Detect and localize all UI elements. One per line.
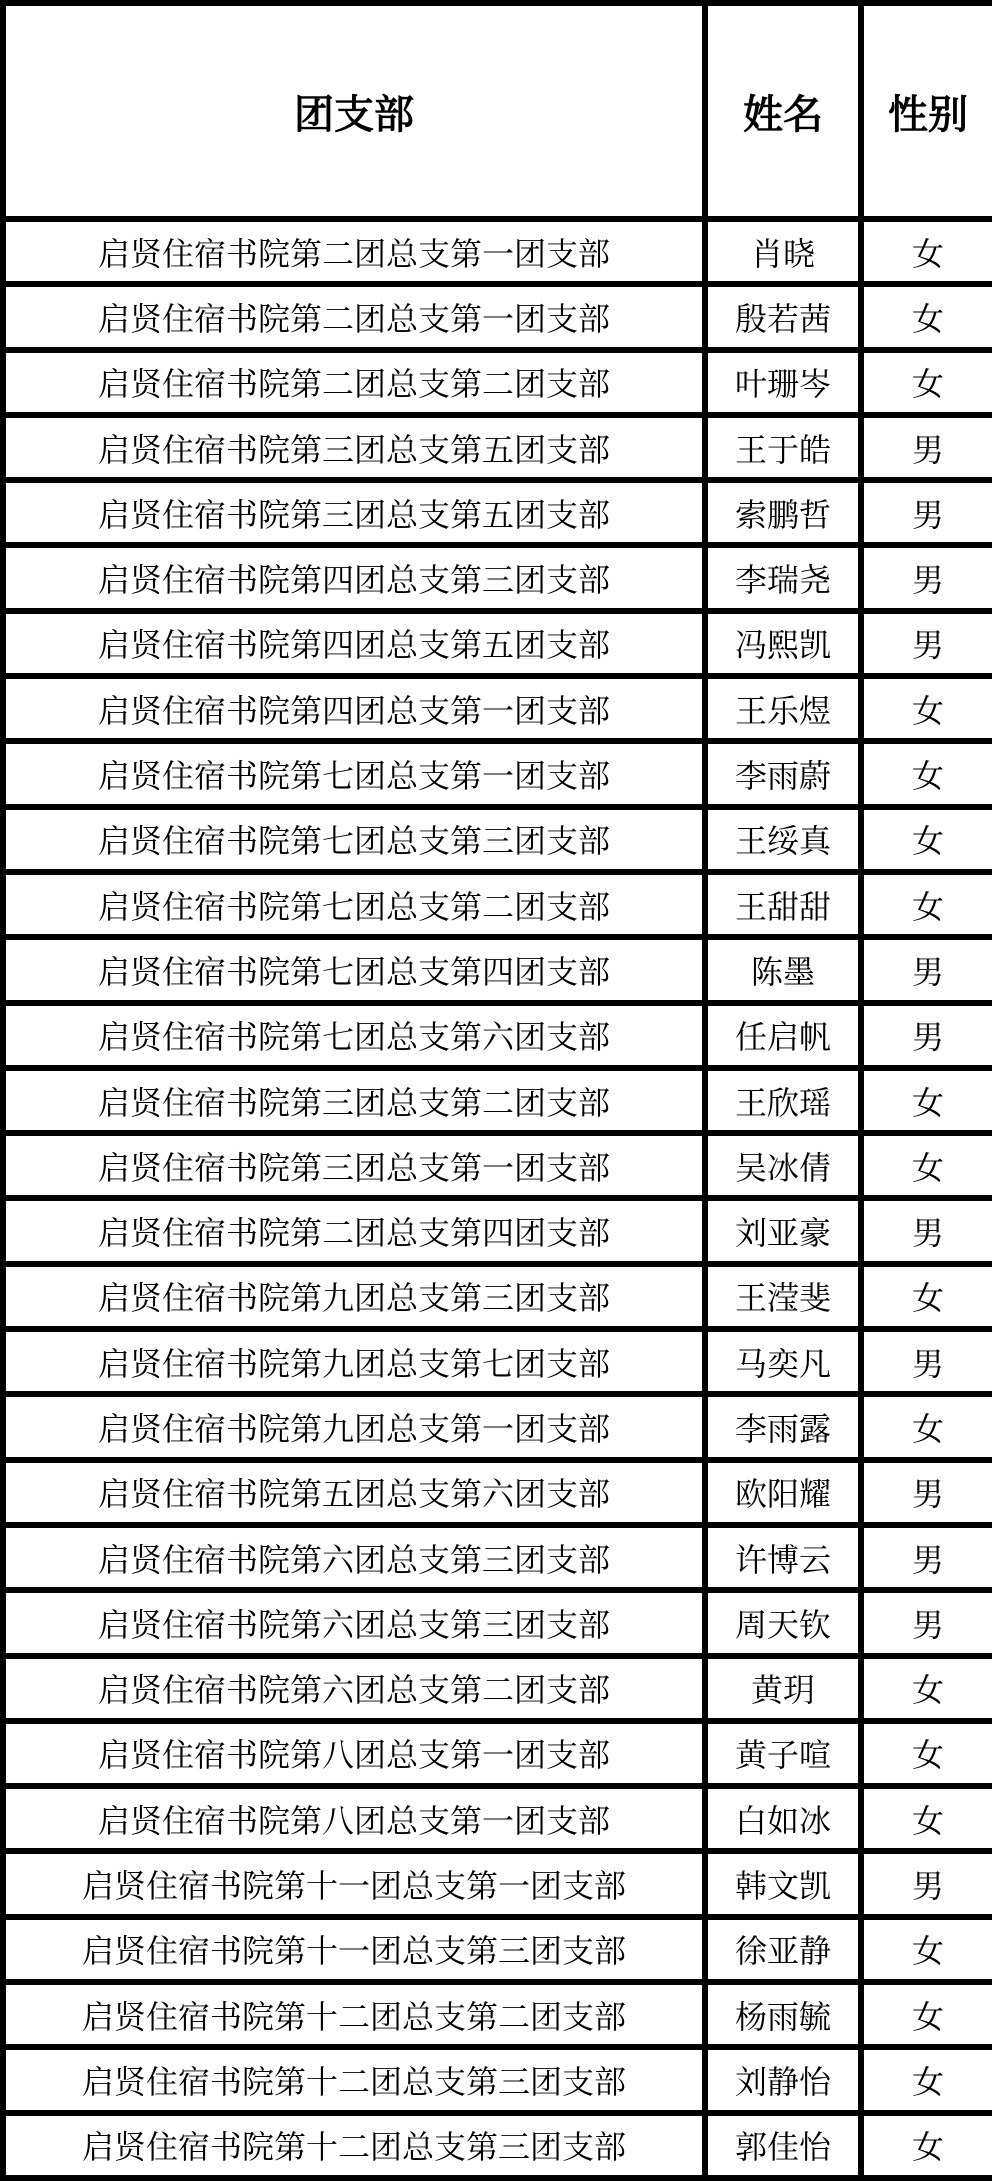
table-row: 启贤住宿书院第十二团总支第二团支部杨雨毓女 bbox=[3, 1982, 992, 2047]
cell-branch: 启贤住宿书院第十二团总支第二团支部 bbox=[3, 1982, 705, 2047]
cell-branch: 启贤住宿书院第三团总支第二团支部 bbox=[3, 1068, 705, 1133]
table-row: 启贤住宿书院第八团总支第一团支部白如冰女 bbox=[3, 1786, 992, 1851]
cell-branch: 启贤住宿书院第三团总支第五团支部 bbox=[3, 480, 705, 545]
table-row: 启贤住宿书院第七团总支第六团支部任启帆男 bbox=[3, 1003, 992, 1068]
cell-branch: 启贤住宿书院第八团总支第一团支部 bbox=[3, 1721, 705, 1786]
cell-branch: 启贤住宿书院第二团总支第二团支部 bbox=[3, 350, 705, 415]
cell-gender: 女 bbox=[861, 1982, 992, 2047]
table-row: 启贤住宿书院第三团总支第五团支部王于皓男 bbox=[3, 415, 992, 480]
cell-name: 李雨露 bbox=[705, 1394, 861, 1459]
cell-name: 黄子喧 bbox=[705, 1721, 861, 1786]
cell-gender: 女 bbox=[861, 807, 992, 872]
cell-name: 王甜甜 bbox=[705, 872, 861, 937]
cell-name: 任启帆 bbox=[705, 1003, 861, 1068]
table-row: 启贤住宿书院第四团总支第一团支部王乐煜女 bbox=[3, 676, 992, 741]
column-header-name: 姓名 bbox=[705, 3, 861, 219]
cell-branch: 启贤住宿书院第二团总支第一团支部 bbox=[3, 219, 705, 284]
cell-name: 周天钦 bbox=[705, 1590, 861, 1655]
cell-branch: 启贤住宿书院第七团总支第四团支部 bbox=[3, 937, 705, 1002]
cell-name: 殷若茜 bbox=[705, 284, 861, 349]
table-row: 启贤住宿书院第四团总支第五团支部冯熙凯男 bbox=[3, 611, 992, 676]
cell-gender: 女 bbox=[861, 2047, 992, 2112]
table-row: 启贤住宿书院第十一团总支第三团支部徐亚静女 bbox=[3, 1917, 992, 1982]
cell-name: 王欣瑶 bbox=[705, 1068, 861, 1133]
cell-gender: 男 bbox=[861, 1198, 992, 1263]
cell-branch: 启贤住宿书院第九团总支第七团支部 bbox=[3, 1329, 705, 1394]
cell-branch: 启贤住宿书院第三团总支第一团支部 bbox=[3, 1133, 705, 1198]
cell-gender: 女 bbox=[861, 284, 992, 349]
cell-branch: 启贤住宿书院第四团总支第一团支部 bbox=[3, 676, 705, 741]
cell-gender: 女 bbox=[861, 1133, 992, 1198]
cell-gender: 男 bbox=[861, 1003, 992, 1068]
table-row: 启贤住宿书院第十二团总支第三团支部刘静怡女 bbox=[3, 2047, 992, 2112]
cell-name: 王滢斐 bbox=[705, 1264, 861, 1329]
cell-branch: 启贤住宿书院第五团总支第六团支部 bbox=[3, 1460, 705, 1525]
cell-branch: 启贤住宿书院第二团总支第一团支部 bbox=[3, 284, 705, 349]
table-row: 启贤住宿书院第八团总支第一团支部黄子喧女 bbox=[3, 1721, 992, 1786]
cell-gender: 男 bbox=[861, 1329, 992, 1394]
cell-branch: 启贤住宿书院第九团总支第一团支部 bbox=[3, 1394, 705, 1459]
cell-name: 白如冰 bbox=[705, 1786, 861, 1851]
cell-name: 郭佳怡 bbox=[705, 2113, 861, 2178]
table-row: 启贤住宿书院第七团总支第一团支部李雨蔚女 bbox=[3, 741, 992, 806]
cell-branch: 启贤住宿书院第六团总支第三团支部 bbox=[3, 1590, 705, 1655]
cell-branch: 启贤住宿书院第十一团总支第一团支部 bbox=[3, 1851, 705, 1916]
table-row: 启贤住宿书院第二团总支第二团支部叶珊岑女 bbox=[3, 350, 992, 415]
cell-branch: 启贤住宿书院第二团总支第四团支部 bbox=[3, 1198, 705, 1263]
cell-name: 王绥真 bbox=[705, 807, 861, 872]
cell-gender: 男 bbox=[861, 611, 992, 676]
table-row: 启贤住宿书院第六团总支第二团支部黄玥女 bbox=[3, 1656, 992, 1721]
table-row: 启贤住宿书院第二团总支第一团支部殷若茜女 bbox=[3, 284, 992, 349]
cell-name: 杨雨毓 bbox=[705, 1982, 861, 2047]
cell-branch: 启贤住宿书院第七团总支第三团支部 bbox=[3, 807, 705, 872]
cell-name: 李瑞尧 bbox=[705, 545, 861, 610]
cell-name: 王乐煜 bbox=[705, 676, 861, 741]
cell-branch: 启贤住宿书院第四团总支第三团支部 bbox=[3, 545, 705, 610]
cell-name: 王于皓 bbox=[705, 415, 861, 480]
cell-branch: 启贤住宿书院第六团总支第二团支部 bbox=[3, 1656, 705, 1721]
cell-gender: 女 bbox=[861, 1656, 992, 1721]
cell-name: 陈墨 bbox=[705, 937, 861, 1002]
cell-branch: 启贤住宿书院第六团总支第三团支部 bbox=[3, 1525, 705, 1590]
table-row: 启贤住宿书院第六团总支第三团支部周天钦男 bbox=[3, 1590, 992, 1655]
cell-name: 刘亚豪 bbox=[705, 1198, 861, 1263]
cell-branch: 启贤住宿书院第四团总支第五团支部 bbox=[3, 611, 705, 676]
cell-name: 马奕凡 bbox=[705, 1329, 861, 1394]
table-row: 启贤住宿书院第三团总支第二团支部王欣瑶女 bbox=[3, 1068, 992, 1133]
cell-gender: 男 bbox=[861, 1851, 992, 1916]
cell-name: 吴冰倩 bbox=[705, 1133, 861, 1198]
table-row: 启贤住宿书院第七团总支第三团支部王绥真女 bbox=[3, 807, 992, 872]
roster-table: 团支部 姓名 性别 启贤住宿书院第二团总支第一团支部肖晓女启贤住宿书院第二团总支… bbox=[0, 0, 992, 2181]
cell-name: 许博云 bbox=[705, 1525, 861, 1590]
cell-branch: 启贤住宿书院第七团总支第一团支部 bbox=[3, 741, 705, 806]
cell-name: 索鹏哲 bbox=[705, 480, 861, 545]
column-header-gender: 性别 bbox=[861, 3, 992, 219]
table-row: 启贤住宿书院第四团总支第三团支部李瑞尧男 bbox=[3, 545, 992, 610]
cell-gender: 女 bbox=[861, 219, 992, 284]
table-row: 启贤住宿书院第二团总支第一团支部肖晓女 bbox=[3, 219, 992, 284]
cell-gender: 女 bbox=[861, 1917, 992, 1982]
cell-branch: 启贤住宿书院第八团总支第一团支部 bbox=[3, 1786, 705, 1851]
cell-gender: 男 bbox=[861, 1590, 992, 1655]
cell-branch: 启贤住宿书院第七团总支第二团支部 bbox=[3, 872, 705, 937]
cell-gender: 男 bbox=[861, 937, 992, 1002]
cell-branch: 启贤住宿书院第十一团总支第三团支部 bbox=[3, 1917, 705, 1982]
cell-gender: 女 bbox=[861, 741, 992, 806]
table-header: 团支部 姓名 性别 bbox=[3, 3, 992, 219]
cell-gender: 男 bbox=[861, 480, 992, 545]
cell-gender: 女 bbox=[861, 1721, 992, 1786]
column-header-branch: 团支部 bbox=[3, 3, 705, 219]
cell-name: 徐亚静 bbox=[705, 1917, 861, 1982]
table-row: 启贤住宿书院第五团总支第六团支部欧阳耀男 bbox=[3, 1460, 992, 1525]
cell-gender: 女 bbox=[861, 872, 992, 937]
table-row: 启贤住宿书院第九团总支第一团支部李雨露女 bbox=[3, 1394, 992, 1459]
table-row: 启贤住宿书院第六团总支第三团支部许博云男 bbox=[3, 1525, 992, 1590]
cell-branch: 启贤住宿书院第三团总支第五团支部 bbox=[3, 415, 705, 480]
table-row: 启贤住宿书院第十一团总支第一团支部韩文凯男 bbox=[3, 1851, 992, 1916]
header-row: 团支部 姓名 性别 bbox=[3, 3, 992, 219]
cell-gender: 女 bbox=[861, 1068, 992, 1133]
cell-name: 韩文凯 bbox=[705, 1851, 861, 1916]
cell-branch: 启贤住宿书院第七团总支第六团支部 bbox=[3, 1003, 705, 1068]
table-row: 启贤住宿书院第三团总支第一团支部吴冰倩女 bbox=[3, 1133, 992, 1198]
cell-gender: 男 bbox=[861, 1460, 992, 1525]
table-row: 启贤住宿书院第三团总支第五团支部索鹏哲男 bbox=[3, 480, 992, 545]
cell-branch: 启贤住宿书院第十二团总支第三团支部 bbox=[3, 2047, 705, 2112]
table-row: 启贤住宿书院第九团总支第七团支部马奕凡男 bbox=[3, 1329, 992, 1394]
cell-name: 黄玥 bbox=[705, 1656, 861, 1721]
cell-branch: 启贤住宿书院第十二团总支第三团支部 bbox=[3, 2113, 705, 2178]
cell-gender: 男 bbox=[861, 545, 992, 610]
page: 团支部 姓名 性别 启贤住宿书院第二团总支第一团支部肖晓女启贤住宿书院第二团总支… bbox=[0, 0, 992, 2181]
cell-branch: 启贤住宿书院第九团总支第三团支部 bbox=[3, 1264, 705, 1329]
cell-gender: 女 bbox=[861, 2113, 992, 2178]
table-body: 启贤住宿书院第二团总支第一团支部肖晓女启贤住宿书院第二团总支第一团支部殷若茜女启… bbox=[3, 219, 992, 2178]
table-row: 启贤住宿书院第二团总支第四团支部刘亚豪男 bbox=[3, 1198, 992, 1263]
table-row: 启贤住宿书院第七团总支第四团支部陈墨男 bbox=[3, 937, 992, 1002]
cell-gender: 女 bbox=[861, 1264, 992, 1329]
cell-name: 肖晓 bbox=[705, 219, 861, 284]
cell-name: 李雨蔚 bbox=[705, 741, 861, 806]
cell-name: 叶珊岑 bbox=[705, 350, 861, 415]
cell-name: 欧阳耀 bbox=[705, 1460, 861, 1525]
cell-gender: 男 bbox=[861, 1525, 992, 1590]
table-row: 启贤住宿书院第十二团总支第三团支部郭佳怡女 bbox=[3, 2113, 992, 2178]
cell-name: 冯熙凯 bbox=[705, 611, 861, 676]
cell-gender: 女 bbox=[861, 350, 992, 415]
cell-gender: 男 bbox=[861, 415, 992, 480]
cell-gender: 女 bbox=[861, 676, 992, 741]
cell-gender: 女 bbox=[861, 1786, 992, 1851]
table-row: 启贤住宿书院第九团总支第三团支部王滢斐女 bbox=[3, 1264, 992, 1329]
cell-name: 刘静怡 bbox=[705, 2047, 861, 2112]
table-row: 启贤住宿书院第七团总支第二团支部王甜甜女 bbox=[3, 872, 992, 937]
cell-gender: 女 bbox=[861, 1394, 992, 1459]
